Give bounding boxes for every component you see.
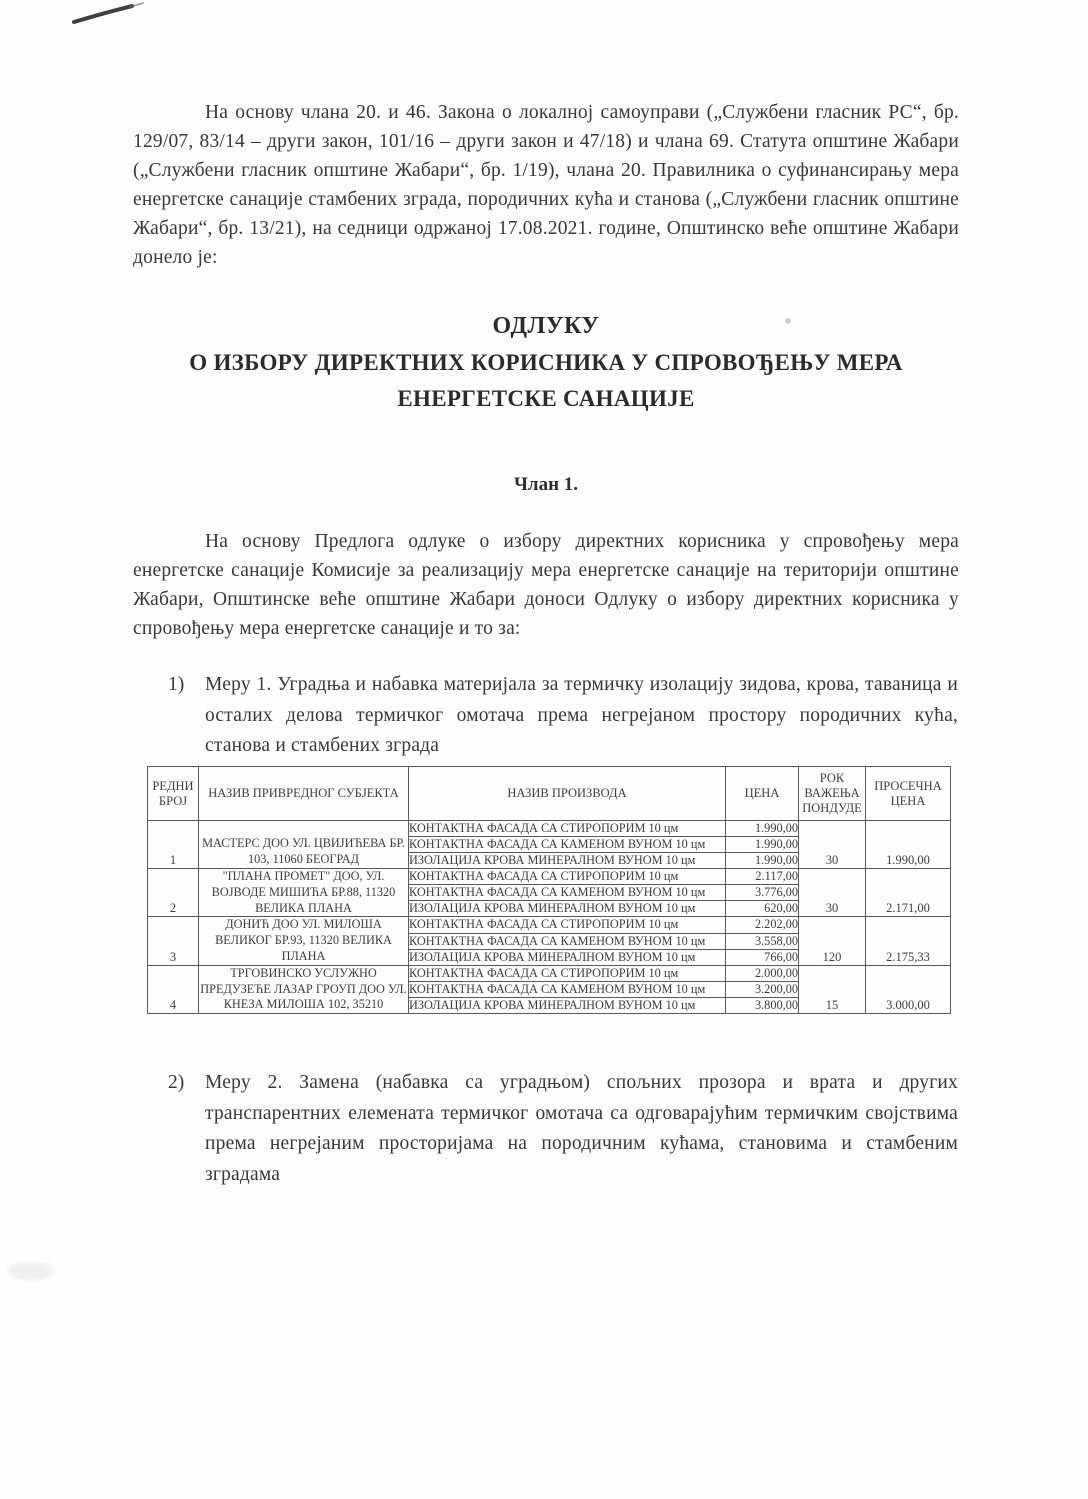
row-subject: МАСТЕРС ДОО УЛ. ЦВИЈИЋЕВА БР. 103, 11060… (199, 821, 409, 869)
product-name: КОНТАКТНА ФАСАДА СА КАМЕНОМ ВУНОМ 10 цм (409, 837, 726, 853)
list-item-measure-2: 2) Меру 2. Замена (набавка са уградњом) … (168, 1068, 958, 1190)
product-price: 2.000,00 (726, 965, 799, 981)
row-subject: "ПЛАНА ПРОМЕТ" ДОО, УЛ. ВОЈВОДЕ МИШИЋА Б… (199, 869, 409, 917)
row-validity: 30 (799, 869, 866, 917)
table-row: 4 ТРГОВИНСКО УСЛУЖНО ПРЕДУЗЕЋЕ ЛАЗАР ГРО… (148, 965, 951, 981)
product-price: 3.800,00 (726, 998, 799, 1014)
title-line-1: ОДЛУКУ (133, 308, 959, 345)
header-product: НАЗИВ ПРОИЗВОДА (409, 767, 726, 821)
article-body-paragraph: На основу Предлога одлуке о избору дирек… (133, 527, 959, 643)
product-name: КОНТАКТНА ФАСАДА СА КАМЕНОМ ВУНОМ 10 цм (409, 933, 726, 949)
table-row: 2 "ПЛАНА ПРОМЕТ" ДОО, УЛ. ВОЈВОДЕ МИШИЋА… (148, 869, 951, 885)
title-line-3: ЕНЕРГЕТСКЕ САНАЦИЈЕ (133, 381, 959, 417)
list-item-text: Меру 1. Уградња и набавка материјала за … (205, 670, 958, 762)
product-price: 3.776,00 (726, 885, 799, 901)
table-header-row: РЕДНИ БРОЈ НАЗИВ ПРИВРЕДНОГ СУБЈЕКТА НАЗ… (148, 767, 951, 821)
product-name: ИЗОЛАЦИЈА КРОВА МИНЕРАЛНОМ ВУНОМ 10 цм (409, 998, 726, 1014)
product-price: 620,00 (726, 901, 799, 917)
product-name: КОНТАКТНА ФАСАДА СА КАМЕНОМ ВУНОМ 10 цм (409, 885, 726, 901)
table-row: 1 МАСТЕРС ДОО УЛ. ЦВИЈИЋЕВА БР. 103, 110… (148, 821, 951, 837)
title-line-2: О ИЗБОРУ ДИРЕКТНИХ КОРИСНИКА У СПРОВОЂЕЊ… (133, 345, 959, 381)
scan-smudge (8, 1262, 54, 1280)
product-price: 766,00 (726, 949, 799, 965)
row-validity: 120 (799, 917, 866, 965)
document-page: На основу члана 20. и 46. Закона о локал… (0, 0, 1088, 1499)
header-price: ЦЕНА (726, 767, 799, 821)
row-validity: 15 (799, 965, 866, 1013)
row-ordinal: 4 (148, 965, 199, 1013)
product-price: 3.558,00 (726, 933, 799, 949)
product-name: КОНТАКТНА ФАСАДА СА СТИРОПОРИМ 10 цм (409, 869, 726, 885)
product-name: ИЗОЛАЦИЈА КРОВА МИНЕРАЛНОМ ВУНОМ 10 цм (409, 901, 726, 917)
intro-paragraph: На основу члана 20. и 46. Закона о локал… (133, 98, 959, 272)
row-validity: 30 (799, 821, 866, 869)
product-price: 1.990,00 (726, 837, 799, 853)
row-avg-price: 2.171,00 (866, 869, 951, 917)
header-avg-price: ПРОСЕЧНА ЦЕНА (866, 767, 951, 821)
header-validity: РОК ВАЖЕЊА ПОНДУДЕ (799, 767, 866, 821)
row-ordinal: 2 (148, 869, 199, 917)
article-heading: Члан 1. (133, 474, 959, 496)
offers-table-container: РЕДНИ БРОЈ НАЗИВ ПРИВРЕДНОГ СУБЈЕКТА НАЗ… (147, 766, 951, 1014)
row-ordinal: 3 (148, 917, 199, 965)
row-avg-price: 3.000,00 (866, 965, 951, 1013)
decision-title: ОДЛУКУ О ИЗБОРУ ДИРЕКТНИХ КОРИСНИКА У СП… (133, 308, 959, 417)
row-subject: ТРГОВИНСКО УСЛУЖНО ПРЕДУЗЕЋЕ ЛАЗАР ГРОУП… (199, 965, 409, 1013)
product-price: 1.990,00 (726, 821, 799, 837)
header-ordinal: РЕДНИ БРОЈ (148, 767, 199, 821)
row-subject: ДОНИЋ ДОО УЛ. МИЛОША ВЕЛИКОГ БР.93, 1132… (199, 917, 409, 965)
list-item-text: Меру 2. Замена (набавка са уградњом) спо… (205, 1068, 958, 1190)
row-avg-price: 2.175,33 (866, 917, 951, 965)
pen-stroke-artifact (0, 0, 220, 40)
list-item-measure-1: 1) Меру 1. Уградња и набавка материјала … (168, 670, 958, 762)
product-name: ИЗОЛАЦИЈА КРОВА МИНЕРАЛНОМ ВУНОМ 10 цм (409, 853, 726, 869)
product-name: КОНТАКТНА ФАСАДА СА СТИРОПОРИМ 10 цм (409, 917, 726, 933)
product-price: 1.990,00 (726, 853, 799, 869)
list-item-number: 1) (168, 670, 205, 762)
list-item-number: 2) (168, 1068, 205, 1190)
offers-table: РЕДНИ БРОЈ НАЗИВ ПРИВРЕДНОГ СУБЈЕКТА НАЗ… (147, 766, 951, 1014)
table-row: 3 ДОНИЋ ДОО УЛ. МИЛОША ВЕЛИКОГ БР.93, 11… (148, 917, 951, 933)
product-name: КОНТАКТНА ФАСАДА СА СТИРОПОРИМ 10 цм (409, 821, 726, 837)
product-price: 3.200,00 (726, 981, 799, 997)
product-name: КОНТАКТНА ФАСАДА СА КАМЕНОМ ВУНОМ 10 цм (409, 981, 726, 997)
product-price: 2.117,00 (726, 869, 799, 885)
header-subject: НАЗИВ ПРИВРЕДНОГ СУБЈЕКТА (199, 767, 409, 821)
row-avg-price: 1.990,00 (866, 821, 951, 869)
product-name: ИЗОЛАЦИЈА КРОВА МИНЕРАЛНОМ ВУНОМ 10 цм (409, 949, 726, 965)
row-ordinal: 1 (148, 821, 199, 869)
product-name: КОНТАКТНА ФАСАДА СА СТИРОПОРИМ 10 цм (409, 965, 726, 981)
product-price: 2.202,00 (726, 917, 799, 933)
